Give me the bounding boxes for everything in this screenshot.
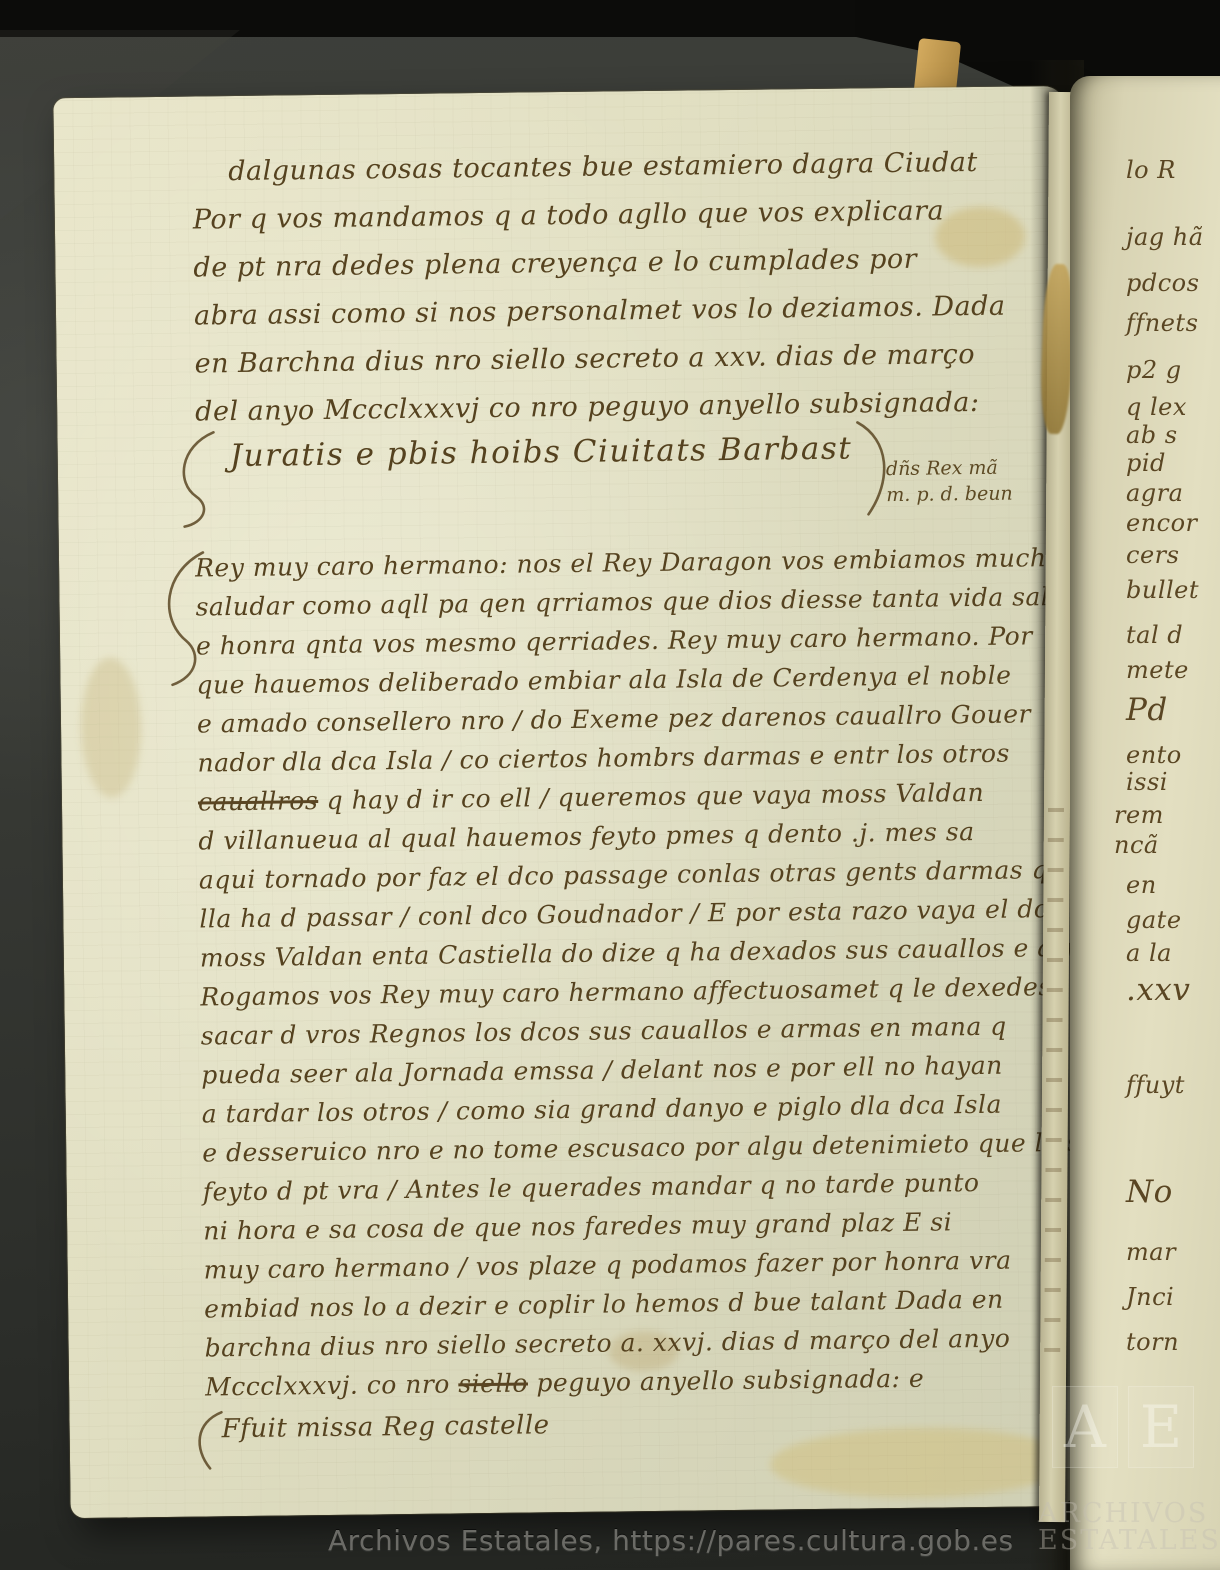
manuscript-fragment: ento	[1126, 741, 1182, 769]
manuscript-fragment: ffuyt	[1126, 1071, 1185, 1099]
manuscript-fragment: torn	[1126, 1328, 1179, 1356]
manuscript-fragment: rem	[1114, 801, 1164, 829]
royal-letter-paragraph: Rey muy caro hermano: nos el Rey Daragon…	[195, 537, 1110, 1406]
manuscript-fragment: q lex	[1126, 393, 1187, 421]
manuscript-fragment: en	[1126, 871, 1157, 899]
manuscript-fragment: mar	[1126, 1238, 1176, 1266]
manuscript-fragment: pdcos	[1126, 269, 1199, 297]
manuscript-fragment: agra	[1126, 479, 1183, 507]
manuscript-line: del anyo Mccclxxxvj co nro peguyo anyell…	[195, 379, 1007, 437]
manuscript-line-text: Mccclxxxvj. co nro	[205, 1369, 459, 1401]
manuscript-fragment: tal d	[1126, 621, 1183, 649]
chancery-margin-note: dñs Rex mã m. p. d. beun	[886, 455, 1013, 509]
manuscript-fragment: issi	[1126, 768, 1168, 796]
manuscript-fragment: bullet	[1126, 576, 1199, 604]
manuscript-line-text: peguyo anyello subsignada: e	[528, 1364, 925, 1398]
address-heading-line: Juratis e pbis hoibs Ciuitats Barbast	[230, 431, 853, 475]
struck-word: cauallros	[198, 786, 319, 816]
manuscript-fragment: No	[1126, 1174, 1173, 1210]
manuscript-fragment: ncã	[1114, 831, 1159, 859]
struck-word: siello	[458, 1369, 528, 1399]
manuscript-fragment: Jnci	[1126, 1283, 1174, 1311]
manuscript-fragment: lo R	[1126, 156, 1176, 184]
manuscript-fragment: ffnets	[1126, 309, 1198, 337]
paper-stain	[770, 1426, 1071, 1500]
manuscript-left-page: dalgunas cosas tocantes bue estamiero da…	[53, 86, 1082, 1518]
manuscript-fragment: gate	[1126, 906, 1182, 934]
manuscript-fragment: a la	[1126, 939, 1172, 967]
margin-note-line: dñs Rex mã	[886, 455, 1013, 483]
paraph-mark	[169, 426, 222, 531]
paper-stain	[80, 657, 142, 798]
registration-note-line: Ffuit missa Reg castelle	[221, 1410, 549, 1444]
manuscript-right-page: lo R jag hã pdcos ffnets p2 g q lex ab s…	[1070, 76, 1220, 1570]
paragraph-closing-of-previous-letter: dalgunas cosas tocantes bue estamiero da…	[192, 139, 1007, 437]
manuscript-fragment: jag hã	[1126, 223, 1204, 251]
manuscript-line-text: q hay d ir co ell / queremos que vaya mo…	[318, 778, 984, 815]
archive-source-caption: Archivos Estatales, https://pares.cultur…	[328, 1524, 1014, 1557]
manuscript-fragment: encor	[1126, 509, 1198, 537]
archive-scan-viewport: dalgunas cosas tocantes bue estamiero da…	[0, 0, 1220, 1570]
manuscript-fragment: .xxv	[1126, 972, 1190, 1008]
manuscript-fragment: mete	[1126, 656, 1189, 684]
fold-ink-traces	[1044, 792, 1064, 1352]
manuscript-fragment: p2 g	[1126, 356, 1182, 384]
manuscript-fragment: Pd	[1126, 692, 1168, 728]
manuscript-fragment: cers	[1126, 541, 1179, 569]
margin-note-line: m. p. d. beun	[886, 481, 1013, 509]
manuscript-fragment: pid	[1126, 449, 1166, 477]
manuscript-fragment: ab s	[1126, 421, 1178, 449]
